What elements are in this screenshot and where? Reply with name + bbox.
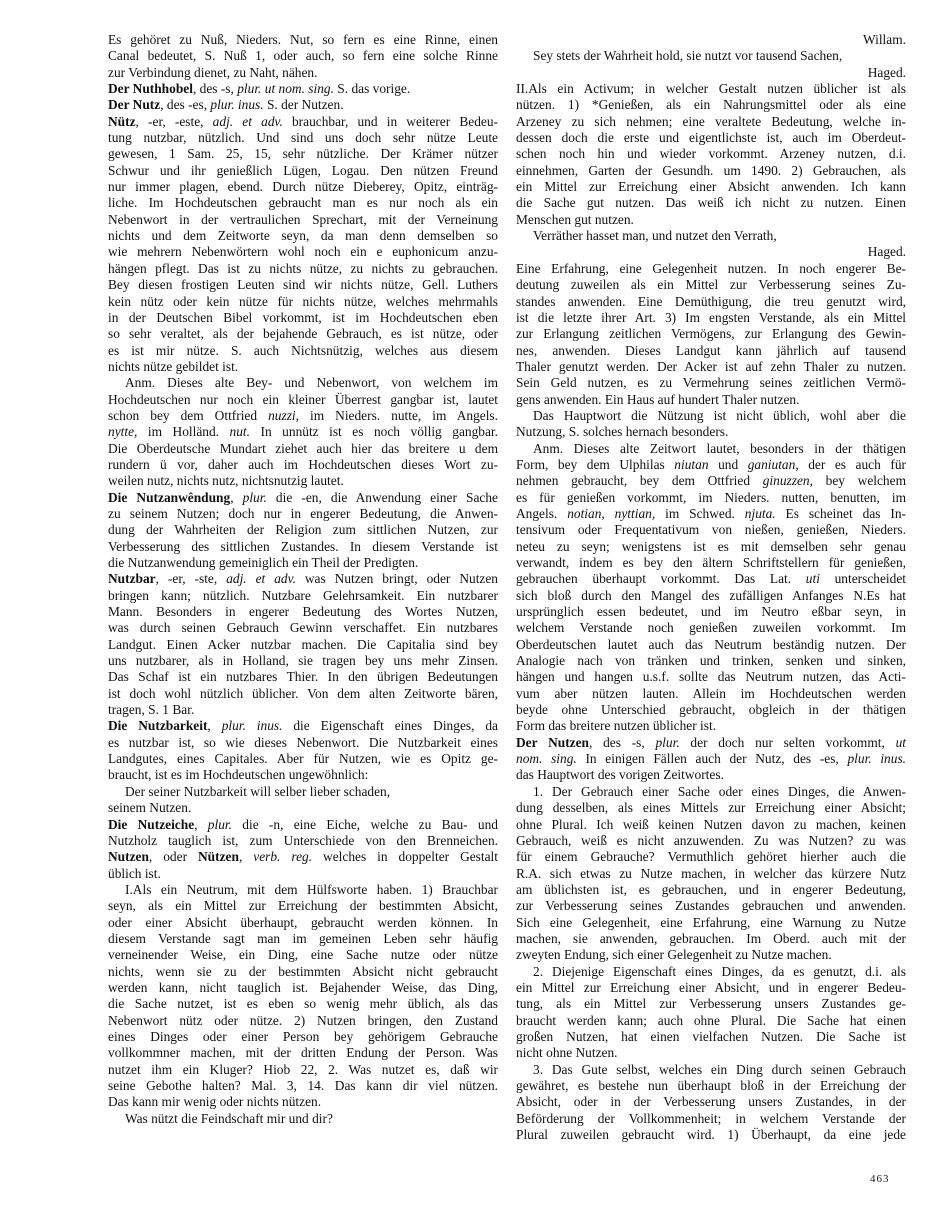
text-line: Nebenwort in der vertraulichen Sprechart… bbox=[108, 212, 498, 228]
text-line: die Sache nutzet, ist es eben so wenig m… bbox=[108, 996, 498, 1012]
text-line: die Sache gut nutzen. Das weiß ich nicht… bbox=[516, 195, 906, 211]
text: am üblichsten ist, es gebrauchen, und in… bbox=[516, 882, 906, 897]
text: Mann. Besonders in engerer Bedeutung des… bbox=[108, 604, 498, 619]
entry-headword-line: Nütz, -er, -este, adj. et adv. brauchbar… bbox=[108, 114, 498, 130]
text: so sehr veraltet, als der bejahende Gebr… bbox=[108, 326, 498, 341]
text: schon bey dem Ottfried bbox=[108, 408, 268, 423]
text: Gebrauch, weiß es nicht anzuwenden. Zu w… bbox=[516, 833, 906, 848]
grammar-abbrev: nom. sing. bbox=[516, 751, 577, 766]
grammar-abbrev: nytte, bbox=[108, 424, 137, 439]
grammar-abbrev: plur. inus. bbox=[210, 97, 263, 112]
text: seinem Nutzen. bbox=[108, 800, 191, 815]
text: großen Nutzen, hat einen vielfachen Nutz… bbox=[516, 1029, 906, 1044]
text-line: braucht, ist es im Hochdeutschen ungewöh… bbox=[108, 767, 498, 783]
text: , des -s, bbox=[193, 81, 237, 96]
text-line: standes anwenden. Eine Demüthigung, die … bbox=[516, 294, 906, 310]
text-line: weilen nutz, nichts nutz, nichtsnutzig l… bbox=[108, 473, 498, 489]
text-line: beyde ohne Unterschied gebraucht, obglei… bbox=[516, 702, 906, 718]
text-line: Das kann mir wenig oder nichts nützen. bbox=[108, 1094, 498, 1110]
text: Es scheinet das In- bbox=[776, 506, 906, 521]
text-line: Canal bedeutet, S. Nuß 1, oder auch, so … bbox=[108, 48, 498, 64]
text-line: Willam. bbox=[516, 32, 906, 48]
text-line: Nebenwort nütz oder nütze. 2) Nutzen bri… bbox=[108, 1013, 498, 1029]
text-line: wie mehrern Nebenwörtern wohl noch ein e… bbox=[108, 244, 498, 260]
text-line: eines Dinges oder einer Person bey gehör… bbox=[108, 1029, 498, 1045]
text-line: Arzeney zu sich nehmen; eine veraltete B… bbox=[516, 114, 906, 130]
text: Form das breitere nutzen üblicher ist. bbox=[516, 718, 716, 733]
text-line: sich bloß durch den Mangel des zufällige… bbox=[516, 588, 906, 604]
grammar-abbrev: adj. et adv. bbox=[213, 114, 283, 129]
text-line: Das Hauptwort die Nützung ist nicht übli… bbox=[516, 408, 906, 424]
text: der es auch für bbox=[799, 457, 906, 472]
text: es für genießen vorkommt, im Nieders. nu… bbox=[516, 490, 906, 505]
text: sich bloß durch den Mangel des zufällige… bbox=[516, 588, 906, 603]
text-line: Menschen gut nutzen. bbox=[516, 212, 906, 228]
text: oder einer Absicht überhaupt, gebraucht … bbox=[108, 915, 498, 930]
text: das Hauptwort des vorigen Zeitwortes. bbox=[516, 767, 724, 782]
text-line: die Nutzanwendung gemeiniglich ein Theil… bbox=[108, 555, 498, 571]
text-line: dung desselben, als eines Mittels zur Er… bbox=[516, 800, 906, 816]
text: nicht ohne Nutzen. bbox=[516, 1045, 618, 1060]
text: uns nutzbarer, als in Holland, sie trage… bbox=[108, 653, 498, 668]
grammar-abbrev: nut. bbox=[230, 424, 250, 439]
text: im Schwed. bbox=[655, 506, 745, 521]
text: welches in doppelter Gestalt bbox=[312, 849, 498, 864]
left-column: Es gehöret zu Nuß, Nieders. Nut, so fern… bbox=[108, 32, 498, 1127]
text-line: Plural zuweilen gebraucht wird. 1) Überh… bbox=[516, 1127, 906, 1143]
text: Angels. bbox=[516, 506, 567, 521]
text-line: werden kann, nicht tauglich ist. Bejahen… bbox=[108, 980, 498, 996]
text: nützen. 1) *Genießen, als ein Nahrungsmi… bbox=[516, 97, 906, 112]
entry-headword-line: Der Nuthhobel, des -s, plur. ut nom. sin… bbox=[108, 81, 498, 97]
headword: Nütz bbox=[108, 114, 136, 129]
text: , oder bbox=[149, 849, 198, 864]
text-line: dessen doch die erste und eigentlichste … bbox=[516, 130, 906, 146]
text: Landgutes, eines Capitales. Aber für Nut… bbox=[108, 751, 498, 766]
text-line: in der Deutschen Bibel vorkommt, ist im … bbox=[108, 310, 498, 326]
text-line: es für genießen vorkommt, im Nieders. nu… bbox=[516, 490, 906, 506]
text-line: zu seinem Nutzen; doch nur in engerer Be… bbox=[108, 506, 498, 522]
text-line: seine Gebothe halten? Mal. 3, 14. Das ka… bbox=[108, 1078, 498, 1094]
text-line: nichts, wenn sie zu der bestimmten Absic… bbox=[108, 964, 498, 980]
text-line: Angels. notian, nyttian, im Schwed. njut… bbox=[516, 506, 906, 522]
grammar-abbrev: nuzzi, bbox=[268, 408, 299, 423]
text-line: dung der Wahrheiten der Religion zum sit… bbox=[108, 522, 498, 538]
text-line: verneinender Weise, ein Ding, eine Sache… bbox=[108, 947, 498, 963]
grammar-abbrev: ganiutan, bbox=[748, 457, 799, 472]
text: ohne Plural. Ich weiß keinen Nutzen davo… bbox=[516, 817, 906, 832]
text-line: Mann. Besonders in engerer Bedeutung des… bbox=[108, 604, 498, 620]
text: hängen pflegt. Das ist zu nichts nütze, … bbox=[108, 261, 498, 276]
text-line: ist doch wohl nützlich üblicher. Von dem… bbox=[108, 686, 498, 702]
headword: Die Nutzbarkeit bbox=[108, 718, 207, 733]
text: gewesen, 1 Sam. 25, 15, sehr nützliche. … bbox=[108, 146, 498, 161]
text-line: welchem Verstande noch genießen zuweilen… bbox=[516, 620, 906, 636]
text: zur Erlangung zeitlichen Vermögens, zur … bbox=[516, 326, 906, 341]
text: diesem Verstande sagt man im gemeinen Le… bbox=[108, 931, 498, 946]
text-line: machen, sie anwenden, gebrauchen. Im Obe… bbox=[516, 931, 906, 947]
text-line: deutung zuweilen als ein Mittel zur Verb… bbox=[516, 277, 906, 293]
text: werden kann, nicht tauglich ist. Bejahen… bbox=[108, 980, 498, 995]
text: nutzet ihm ein Kluger? Hiob 22, 2. Was n… bbox=[108, 1062, 498, 1077]
text: Die Oberdeutsche Mundart ziehet auch hie… bbox=[108, 441, 498, 456]
text: R.A. sich etwas zu Nutze machen, in welc… bbox=[516, 866, 906, 881]
text-line: für einem Gebrauche? Vermuthlich gehöret… bbox=[516, 849, 906, 865]
grammar-abbrev: plur. bbox=[208, 817, 232, 832]
text-line: Die Oberdeutsche Mundart ziehet auch hie… bbox=[108, 441, 498, 457]
grammar-abbrev: adj. et adv. bbox=[226, 571, 296, 586]
text-line: ein Mittel zur Erreichung einer Absicht,… bbox=[516, 980, 906, 996]
text: nichts, wenn sie zu der bestimmten Absic… bbox=[108, 964, 498, 979]
text: , bbox=[239, 849, 253, 864]
text-line: nom. sing. In einigen Fällen auch der Nu… bbox=[516, 751, 906, 767]
right-column: Willam.Sey stets der Wahrheit hold, sie … bbox=[516, 32, 906, 1143]
text: Thaler genutzt werden. Der Acker ist auf… bbox=[516, 359, 906, 374]
text: In einigen Fällen auch der Nutz, des -es… bbox=[577, 751, 848, 766]
text: Es gehöret zu Nuß, Nieders. Nut, so fern… bbox=[108, 32, 498, 47]
text: nichts und dem Zeitworte seyn, da man de… bbox=[108, 228, 498, 243]
text-line: nes, anwenden. Dieses Landgut kann jährl… bbox=[516, 343, 906, 359]
text: nur immer plagen, ebend. Durch nütze Die… bbox=[108, 179, 498, 194]
text-line: 2. Diejenige Eigenschaft eines Dinges, d… bbox=[516, 964, 906, 980]
text-line: Hochdeutschen nur noch ein kleiner Überr… bbox=[108, 392, 498, 408]
text-line: Haged. bbox=[516, 65, 906, 81]
grammar-abbrev: plur. inus. bbox=[222, 718, 283, 733]
text: es nutzbar ist, so wie dieses Nebenwort.… bbox=[108, 735, 498, 750]
text: standes anwenden. Eine Demüthigung, die … bbox=[516, 294, 906, 309]
text-line: ohne Plural. Ich weiß keinen Nutzen davo… bbox=[516, 817, 906, 833]
text-line: Beförderung der Vollkommenheit; in welch… bbox=[516, 1111, 906, 1127]
text-line: schen noch hin und wieder vorkommt. Arze… bbox=[516, 146, 906, 162]
text: nes, anwenden. Dieses Landgut kann jährl… bbox=[516, 343, 906, 358]
entry-headword-line: Die Nutzanwêndung, plur. die -en, die An… bbox=[108, 490, 498, 506]
text-line: Es gehöret zu Nuß, Nieders. Nut, so fern… bbox=[108, 32, 498, 48]
text: zweyten Endung, sich einer Gelegenheit z… bbox=[516, 947, 832, 962]
text-line: hängen und hangen u.s.f. sollte das Neut… bbox=[516, 669, 906, 685]
text: deutung zuweilen als ein Mittel zur Verb… bbox=[516, 277, 906, 292]
text-line: ein Mittel zur Erreichung einer Absicht … bbox=[516, 179, 906, 195]
text: neteu zu seyn; wenigstens ist es mit dem… bbox=[516, 539, 906, 554]
text: zu seinem Nutzen; doch nur in engerer Be… bbox=[108, 506, 498, 521]
text: Nebenwort in der vertraulichen Sprechart… bbox=[108, 212, 498, 227]
text: machen, sie anwenden, gebrauchen. Im Obe… bbox=[516, 931, 906, 946]
text: vum aber nützen lauten. Allein im Hochde… bbox=[516, 686, 906, 701]
text: braucht, ist es im Hochdeutschen ungewöh… bbox=[108, 767, 368, 782]
text: verwandt, indem es bey den ältern Schrif… bbox=[516, 555, 906, 570]
text: , des -es, bbox=[160, 97, 210, 112]
text: üblich ist. bbox=[108, 866, 161, 881]
text: Anm. Dieses alte Zeitwort lautet, besond… bbox=[533, 441, 906, 456]
text: Beförderung der Vollkommenheit; in welch… bbox=[516, 1111, 906, 1126]
text: in der Deutschen Bibel vorkommt, ist im … bbox=[108, 310, 498, 325]
text-line: tung nutzbar, nützlich. Und sind uns doc… bbox=[108, 130, 498, 146]
text-line: nicht ohne Nutzen. bbox=[516, 1045, 906, 1061]
text: ist die letzte ihrer Art. 3) Im engsten … bbox=[516, 310, 906, 325]
grammar-abbrev: plur. bbox=[655, 735, 679, 750]
text: ist doch wohl nützlich üblicher. Von dem… bbox=[108, 686, 498, 701]
text-line: seyn, als ein Mittel zur Erreichung der … bbox=[108, 898, 498, 914]
text-line: am üblichsten ist, es gebrauchen, und in… bbox=[516, 882, 906, 898]
text: S. der Nutzen. bbox=[264, 97, 344, 112]
text: In unnütz ist es noch völlig gangbar. bbox=[250, 424, 498, 439]
text-line: Landgut. Einen Acker nutzbar machen. Die… bbox=[108, 637, 498, 653]
text-line: nehmen gebraucht, bey dem Ottfried ginuz… bbox=[516, 473, 906, 489]
text-line: gens anwenden. Ein Haus auf hundert Thal… bbox=[516, 392, 906, 408]
text-line: hängen pflegt. Das ist zu nichts nütze, … bbox=[108, 261, 498, 277]
text-line: ursprünglich essen bedeutet, und im Neut… bbox=[516, 604, 906, 620]
entry-headword-line: Die Nutzbarkeit, plur. inus. die Eigensc… bbox=[108, 718, 498, 734]
text: wie mehrern Nebenwörtern wohl noch ein e… bbox=[108, 244, 498, 259]
text-line: zur Verbesserung seines Zustandes gebrau… bbox=[516, 898, 906, 914]
text-line: diesem Verstande sagt man im gemeinen Le… bbox=[108, 931, 498, 947]
text: eines Dinges oder einer Person bey gehör… bbox=[108, 1029, 498, 1044]
text-line: das Hauptwort des vorigen Zeitwortes. bbox=[516, 767, 906, 783]
text-line: Sich eine Gelegenheit, eine Erfahrung, e… bbox=[516, 915, 906, 931]
text-line: Oberdeutschen lautet auch das Neutrum be… bbox=[516, 637, 906, 653]
grammar-abbrev: njuta. bbox=[745, 506, 776, 521]
text: gebrauchen überhaupt vorkommt. Das Lat. bbox=[516, 571, 806, 586]
text-line: gewähret, es bestehe nun überhaupt bloß … bbox=[516, 1078, 906, 1094]
text: vollkommner machen, mit der dritten Endu… bbox=[108, 1045, 498, 1060]
text: 1. Der Gebrauch einer Sache oder eines D… bbox=[533, 784, 906, 799]
text: , -er, -ste, bbox=[156, 571, 227, 586]
text: Nebenwort nütz oder nütze. 2) Nutzen bri… bbox=[108, 1013, 498, 1028]
text-line: 1. Der Gebrauch einer Sache oder eines D… bbox=[516, 784, 906, 800]
text: tung, als ein Mittel zur Verbesserung un… bbox=[516, 996, 906, 1011]
text: Haged. bbox=[868, 244, 906, 259]
text: hängen und hangen u.s.f. sollte das Neut… bbox=[516, 669, 906, 684]
text-line: vum aber nützen lauten. Allein im Hochde… bbox=[516, 686, 906, 702]
text: nichts nütze gebildet ist. bbox=[108, 359, 238, 374]
text: dessen doch die erste und eigentlichste … bbox=[516, 130, 906, 145]
text-line: ist die letzte ihrer Art. 3) Im engsten … bbox=[516, 310, 906, 326]
text: Nutzung, S. solches hernach besonders. bbox=[516, 424, 728, 439]
text: unterscheidet bbox=[820, 571, 906, 586]
entry-headword-line: Der Nutz, des -es, plur. inus. S. der Nu… bbox=[108, 97, 498, 113]
entry-headword-line: Nutzbar, -er, -ste, adj. et adv. was Nut… bbox=[108, 571, 498, 587]
text: Canal bedeutet, S. Nuß 1, oder auch, so … bbox=[108, 48, 498, 63]
text: schen noch hin und wieder vorkommt. Arze… bbox=[516, 146, 906, 161]
text-line: einnehmen, Garten der Gesundh. um 1490. … bbox=[516, 163, 906, 179]
grammar-abbrev: ginuzzen, bbox=[763, 473, 813, 488]
text-line: bringen kann; nützlich. Nutzbare Gelehrs… bbox=[108, 588, 498, 604]
text-line: Der seiner Nutzbarkeit will selber liebe… bbox=[108, 784, 498, 800]
grammar-abbrev: uti bbox=[806, 571, 820, 586]
text: Das kann mir wenig oder nichts nützen. bbox=[108, 1094, 321, 1109]
text: der doch nur selten vorkommt, bbox=[680, 735, 896, 750]
text-line: tragen, S. 1 Bar. bbox=[108, 702, 498, 718]
text: ursprünglich essen bedeutet, und im Neut… bbox=[516, 604, 906, 619]
text-line: Anm. Dieses alte Zeitwort lautet, besond… bbox=[516, 441, 906, 457]
text: bey welchem bbox=[813, 473, 906, 488]
text-line: seinem Nutzen. bbox=[108, 800, 498, 816]
text: Plural zuweilen gebraucht wird. 1) Überh… bbox=[516, 1127, 906, 1142]
text-line: zur Verbindung dienet, zu Naht, nähen. bbox=[108, 65, 498, 81]
text: Hochdeutschen nur noch ein kleiner Überr… bbox=[108, 392, 498, 407]
text-line: neteu zu seyn; wenigstens ist es mit dem… bbox=[516, 539, 906, 555]
text: Eine Erfahrung, eine Gelegenheit nutzen.… bbox=[516, 261, 906, 276]
text: , bbox=[230, 490, 242, 505]
text: 2. Diejenige Eigenschaft eines Dinges, d… bbox=[533, 964, 906, 979]
text: Der seiner Nutzbarkeit will selber liebe… bbox=[125, 784, 390, 799]
text: die -n, eine Eiche, welche zu Bau- und bbox=[232, 817, 498, 832]
entry-headword-line: Nutzen, oder Nützen, verb. reg. welches … bbox=[108, 849, 498, 865]
text-line: Thaler genutzt werden. Der Acker ist auf… bbox=[516, 359, 906, 375]
text: Verbesserung des sittlichen Zustandes. I… bbox=[108, 539, 498, 554]
headword: Die Nutzanwêndung bbox=[108, 490, 230, 505]
text-line: Landgutes, eines Capitales. Aber für Nut… bbox=[108, 751, 498, 767]
text: Oberdeutschen lautet auch das Neutrum be… bbox=[516, 637, 906, 652]
text: dung desselben, als eines Mittels zur Er… bbox=[516, 800, 906, 815]
text-line: Anm. Dieses alte Bey- und Nebenwort, von… bbox=[108, 375, 498, 391]
text: tensivum oder Frequentativum von nießen,… bbox=[516, 522, 906, 537]
text: bringen kann; nützlich. Nutzbare Gelehrs… bbox=[108, 588, 498, 603]
text: welchem Verstande noch genießen zuweilen… bbox=[516, 620, 906, 635]
text: Das Hauptwort die Nützung ist nicht übli… bbox=[533, 408, 906, 423]
text: II.Als ein Activum; in welcher Gestalt n… bbox=[516, 81, 906, 96]
text: seyn, als ein Mittel zur Erreichung der … bbox=[108, 898, 498, 913]
text-line: rundern ü vor, daher auch im Hochdeutsch… bbox=[108, 457, 498, 473]
text-line: üblich ist. bbox=[108, 866, 498, 882]
text-line: Absicht, oder in der Verbesserung unsers… bbox=[516, 1094, 906, 1110]
text: S. das vorige. bbox=[334, 81, 410, 96]
text-line: Nutzung, S. solches hernach besonders. bbox=[516, 424, 906, 440]
text-line: nützen. 1) *Genießen, als ein Nahrungsmi… bbox=[516, 97, 906, 113]
text: Sich eine Gelegenheit, eine Erfahrung, e… bbox=[516, 915, 906, 930]
text-line: Verbesserung des sittlichen Zustandes. I… bbox=[108, 539, 498, 555]
text: I.Als ein Neutrum, mit dem Hülfsworte ha… bbox=[125, 882, 498, 897]
text: nehmen gebraucht, bey dem Ottfried bbox=[516, 473, 763, 488]
text: für einem Gebrauche? Vermuthlich gehöret… bbox=[516, 849, 906, 864]
text-line: nichts und dem Zeitworte seyn, da man de… bbox=[108, 228, 498, 244]
text-line: Sey stets der Wahrheit hold, sie nutzt v… bbox=[516, 48, 906, 64]
text: tragen, S. 1 Bar. bbox=[108, 702, 194, 717]
text: es ist mir nütze. S. auch Nichtsnützig, … bbox=[108, 343, 498, 358]
text: Schwur und ihr genießlich Lügen, Logau. … bbox=[108, 163, 498, 178]
text: , bbox=[194, 817, 208, 832]
text: , -er, -este, bbox=[136, 114, 213, 129]
text: Form, bey dem Ulphilas bbox=[516, 457, 674, 472]
text: die Eigenschaft eines Dinges, da bbox=[282, 718, 498, 733]
text-line: so sehr veraltet, als der bejahende Gebr… bbox=[108, 326, 498, 342]
text: Verräther hasset man, und nutzet den Ver… bbox=[533, 228, 777, 243]
text: gens anwenden. Ein Haus auf hundert Thal… bbox=[516, 392, 799, 407]
text: Menschen gut nutzen. bbox=[516, 212, 634, 227]
page-number: 463 bbox=[870, 1173, 890, 1185]
text: zur Verbesserung seines Zustandes gebrau… bbox=[516, 898, 906, 913]
text-line: tensivum oder Frequentativum von nießen,… bbox=[516, 522, 906, 538]
text-line: Verräther hasset man, und nutzet den Ver… bbox=[516, 228, 906, 244]
text: Das Schaf ist ein nutzbares Thier. In de… bbox=[108, 669, 498, 684]
text: Haged. bbox=[868, 65, 906, 80]
text: die Sache gut nutzen. Das weiß ich nicht… bbox=[516, 195, 906, 210]
text: Was nützt die Feindschaft mir und dir? bbox=[125, 1111, 333, 1126]
entry-headword-line: Der Nutzen, des -s, plur. der doch nur s… bbox=[516, 735, 906, 751]
text-line: nur immer plagen, ebend. Durch nütze Die… bbox=[108, 179, 498, 195]
text: Arzeney zu sich nehmen; eine veraltete B… bbox=[516, 114, 906, 129]
headword: Der Nutzen bbox=[516, 735, 589, 750]
text: gewähret, es bestehe nun überhaupt bloß … bbox=[516, 1078, 906, 1093]
text: beyde ohne Unterschied gebraucht, obglei… bbox=[516, 702, 906, 717]
text-line: großen Nutzen, hat einen vielfachen Nutz… bbox=[516, 1029, 906, 1045]
text-line: Bey diesen frostigen Leuten sind wir nic… bbox=[108, 277, 498, 293]
text: im Nieders. nutte, im Angels. bbox=[299, 408, 498, 423]
text-line: zur Erlangung zeitlichen Vermögens, zur … bbox=[516, 326, 906, 342]
grammar-abbrev: niutan bbox=[674, 457, 708, 472]
grammar-abbrev: plur. bbox=[243, 490, 267, 505]
headword: Der Nutz bbox=[108, 97, 160, 112]
grammar-abbrev: plur. inus. bbox=[847, 751, 906, 766]
text-line: I.Als ein Neutrum, mit dem Hülfsworte ha… bbox=[108, 882, 498, 898]
headword: Der Nuthhobel bbox=[108, 81, 193, 96]
text-line: Schwur und ihr genießlich Lügen, Logau. … bbox=[108, 163, 498, 179]
text-line: zweyten Endung, sich einer Gelegenheit z… bbox=[516, 947, 906, 963]
text-line: vollkommner machen, mit der dritten Endu… bbox=[108, 1045, 498, 1061]
text: Analogie nach von tränken und trinken, s… bbox=[516, 653, 906, 668]
text: , des -s, bbox=[589, 735, 656, 750]
text-line: verwandt, indem es bey den ältern Schrif… bbox=[516, 555, 906, 571]
text-line: schon bey dem Ottfried nuzzi, im Nieders… bbox=[108, 408, 498, 424]
text-line: R.A. sich etwas zu Nutze machen, in welc… bbox=[516, 866, 906, 882]
grammar-abbrev: plur. ut nom. sing. bbox=[237, 81, 334, 96]
text-line: Form das breitere nutzen üblicher ist. bbox=[516, 718, 906, 734]
text-line: Form, bey dem Ulphilas niutan und ganiut… bbox=[516, 457, 906, 473]
text-line: tung, als ein Mittel zur Verbesserung un… bbox=[516, 996, 906, 1012]
text: ein Mittel zur Erreichung einer Absicht … bbox=[516, 179, 906, 194]
headword: Die Nutzeiche bbox=[108, 817, 194, 832]
text: die Sache nutzet, ist es eben so wenig m… bbox=[108, 996, 498, 1011]
text-line: uns nutzbarer, als in Holland, sie trage… bbox=[108, 653, 498, 669]
text-line: kein nütz oder kein nütze für nichts nüt… bbox=[108, 294, 498, 310]
text-line: Nutzholz tauglich ist, zum Unterschiede … bbox=[108, 833, 498, 849]
text: und bbox=[709, 457, 748, 472]
text: rundern ü vor, daher auch im Hochdeutsch… bbox=[108, 457, 498, 472]
text-line: Gebrauch, weiß es nicht anzuwenden. Zu w… bbox=[516, 833, 906, 849]
text: Nutzholz tauglich ist, zum Unterschiede … bbox=[108, 833, 498, 848]
text: im Holländ. bbox=[137, 424, 229, 439]
text: seine Gebothe halten? Mal. 3, 14. Das ka… bbox=[108, 1078, 498, 1093]
text: braucht werden kann; auch ohne Plural. D… bbox=[516, 1013, 906, 1028]
text: Sein Geld nutzen, es zu Vermehrung seine… bbox=[516, 375, 906, 390]
grammar-abbrev: verb. reg. bbox=[253, 849, 312, 864]
grammar-abbrev: notian, nyttian, bbox=[567, 506, 655, 521]
grammar-abbrev: ut bbox=[896, 735, 906, 750]
headword: Nützen bbox=[198, 849, 239, 864]
text: verneinender Weise, ein Ding, eine Sache… bbox=[108, 947, 498, 962]
text-line: II.Als ein Activum; in welcher Gestalt n… bbox=[516, 81, 906, 97]
text-line: liche. Im Hochdeutschen gebraucht man es… bbox=[108, 195, 498, 211]
text: liche. Im Hochdeutschen gebraucht man es… bbox=[108, 195, 498, 210]
text-line: nytte, im Holländ. nut. In unnütz ist es… bbox=[108, 424, 498, 440]
text: dung der Wahrheiten der Religion zum sit… bbox=[108, 522, 498, 537]
text: Landgut. Einen Acker nutzbar machen. Die… bbox=[108, 637, 498, 652]
text: Anm. Dieses alte Bey- und Nebenwort, von… bbox=[125, 375, 498, 390]
text: Sey stets der Wahrheit hold, sie nutzt v… bbox=[533, 48, 842, 63]
text-line: gewesen, 1 Sam. 25, 15, sehr nützliche. … bbox=[108, 146, 498, 162]
text-line: Das Schaf ist ein nutzbares Thier. In de… bbox=[108, 669, 498, 685]
text-line: Eine Erfahrung, eine Gelegenheit nutzen.… bbox=[516, 261, 906, 277]
text: Willam. bbox=[863, 32, 906, 47]
text: die Nutzanwendung gemeiniglich ein Theil… bbox=[108, 555, 418, 570]
headword: Nutzbar bbox=[108, 571, 156, 586]
text-line: es ist mir nütze. S. auch Nichtsnützig, … bbox=[108, 343, 498, 359]
text-line: Analogie nach von tränken und trinken, s… bbox=[516, 653, 906, 669]
text: Absicht, oder in der Verbesserung unsers… bbox=[516, 1094, 906, 1109]
text: was durch seinen Gebrauch Gewinn verscha… bbox=[108, 620, 498, 635]
text-line: Was nützt die Feindschaft mir und dir? bbox=[108, 1111, 498, 1127]
text: einnehmen, Garten der Gesundh. um 1490. … bbox=[516, 163, 906, 178]
text: was Nutzen bringt, oder Nutzen bbox=[296, 571, 498, 586]
